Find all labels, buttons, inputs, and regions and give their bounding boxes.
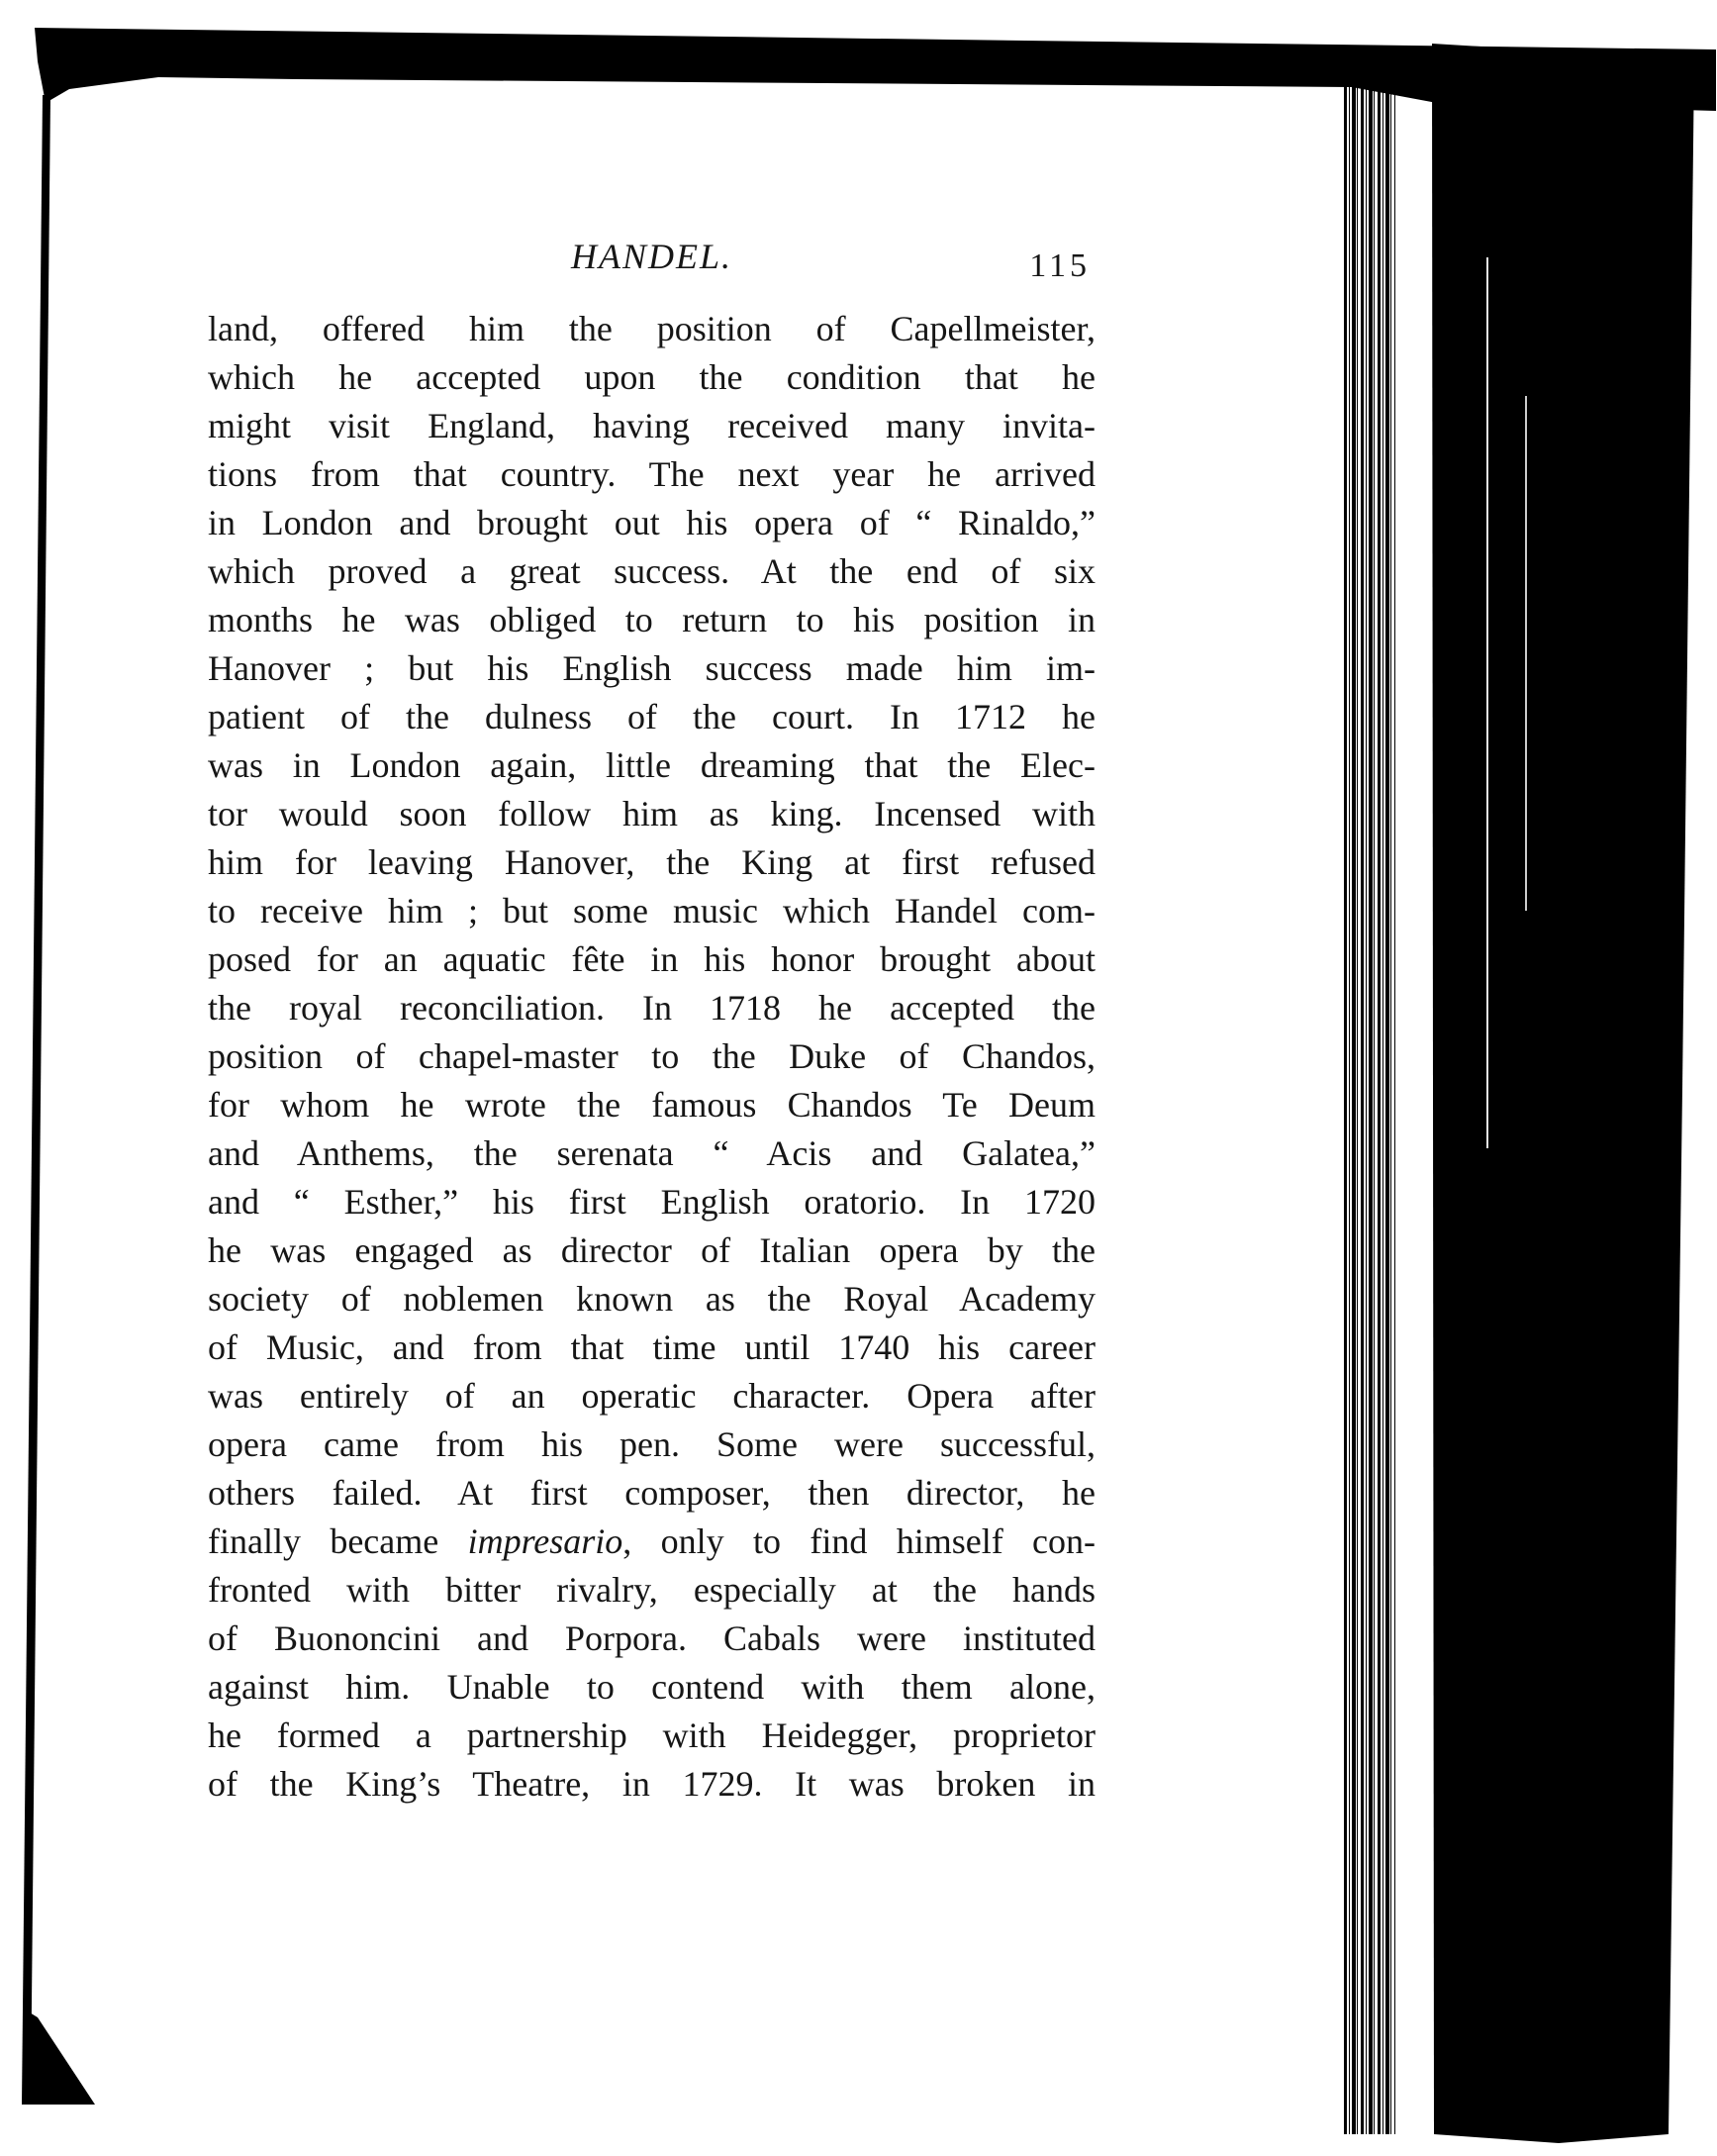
- text-segment: against him. Unable to contend with them…: [208, 1667, 1096, 1707]
- page-number: 115: [1000, 247, 1091, 285]
- text-segment: others failed. At first composer, then d…: [208, 1473, 1096, 1513]
- text-segment: patient of the dulness of the court. In …: [208, 697, 1096, 736]
- text-segment: posed for an aquatic fête in his honor b…: [208, 939, 1096, 979]
- text-segment: might visit England, having received man…: [208, 406, 1096, 445]
- text-line: might visit England, having received man…: [208, 402, 1096, 450]
- text-segment: he formed a partnership with Heidegger, …: [208, 1715, 1096, 1755]
- text-line: of the King’s Theatre, in 1729. It was b…: [208, 1760, 1096, 1809]
- text-segment: of Buononcini and Porpora. Cabals were i…: [208, 1618, 1096, 1658]
- running-title: HANDEL.: [208, 236, 1096, 277]
- text-segment: to receive him ; but some music which Ha…: [208, 891, 1096, 931]
- text-line: he formed a partnership with Heidegger, …: [208, 1712, 1096, 1760]
- text-line: fronted with bitter rivalry, especially …: [208, 1566, 1096, 1615]
- text-line: him for leaving Hanover, the King at fir…: [208, 838, 1096, 887]
- text-segment: months he was obliged to return to his p…: [208, 600, 1096, 639]
- text-segment: Hanover ; but his English success made h…: [208, 648, 1096, 688]
- text-segment: in London and brought out his opera of “…: [208, 503, 1096, 542]
- text-line: which proved a great success. At the end…: [208, 547, 1096, 596]
- text-segment: position of chapel-master to the Duke of…: [208, 1036, 1096, 1076]
- text-line: of Music, and from that time until 1740 …: [208, 1323, 1096, 1372]
- text-line: Hanover ; but his English success made h…: [208, 644, 1096, 693]
- text-line: against him. Unable to contend with them…: [208, 1663, 1096, 1712]
- scan-block-hairline-2: [1525, 396, 1527, 911]
- text-segment: society of noblemen known as the Royal A…: [208, 1279, 1096, 1319]
- text-segment: and Anthems, the serenata “ Acis and Gal…: [208, 1133, 1096, 1173]
- text-line: was in London again, little dreaming tha…: [208, 741, 1096, 790]
- text-segment: tor would soon follow him as king. Incen…: [208, 794, 1096, 833]
- text-line: for whom he wrote the famous Chandos Te …: [208, 1081, 1096, 1129]
- text-segment: which he accepted upon the condition tha…: [208, 357, 1096, 397]
- text-line: and “ Esther,” his first English oratori…: [208, 1178, 1096, 1226]
- text-segment: of Music, and from that time until 1740 …: [208, 1327, 1096, 1367]
- text-segment: tions from that country. The next year h…: [208, 454, 1096, 494]
- text-segment: was in London again, little dreaming tha…: [208, 745, 1096, 785]
- text-line: he was engaged as director of Italian op…: [208, 1226, 1096, 1275]
- text-segment: opera came from his pen. Some were succe…: [208, 1424, 1096, 1464]
- scan-left-edge-line: [22, 95, 50, 2105]
- text-line: patient of the dulness of the court. In …: [208, 693, 1096, 741]
- book-page-scan: HANDEL. 115 land, offered him the positi…: [0, 0, 1717, 2156]
- text-line: in London and brought out his opera of “…: [208, 499, 1096, 547]
- text-line: position of chapel-master to the Duke of…: [208, 1032, 1096, 1081]
- text-line: society of noblemen known as the Royal A…: [208, 1275, 1096, 1323]
- text-segment: finally became: [208, 1521, 468, 1561]
- text-segment: of the King’s Theatre, in 1729. It was b…: [208, 1764, 1096, 1804]
- text-segment: , only to find himself con-: [622, 1521, 1096, 1561]
- text-segment: which proved a great success. At the end…: [208, 551, 1096, 591]
- text-line: posed for an aquatic fête in his honor b…: [208, 935, 1096, 984]
- text-line: to receive him ; but some music which Ha…: [208, 887, 1096, 935]
- text-segment: for whom he wrote the famous Chandos Te …: [208, 1085, 1096, 1125]
- text-segment: and “ Esther,” his first English oratori…: [208, 1182, 1096, 1222]
- text-line: finally became impresario, only to find …: [208, 1518, 1096, 1566]
- text-line: of Buononcini and Porpora. Cabals were i…: [208, 1615, 1096, 1663]
- text-line: others failed. At first composer, then d…: [208, 1469, 1096, 1518]
- text-line: months he was obliged to return to his p…: [208, 596, 1096, 644]
- text-line: the royal reconciliation. In 1718 he acc…: [208, 984, 1096, 1032]
- body-text: land, offered him the position of Capell…: [208, 305, 1096, 1809]
- text-segment: him for leaving Hanover, the King at fir…: [208, 842, 1096, 882]
- text-segment: was entirely of an operatic character. O…: [208, 1376, 1096, 1416]
- text-segment: land, offered him the position of Capell…: [208, 309, 1096, 348]
- scan-top-bar: [35, 28, 1716, 111]
- text-line: tions from that country. The next year h…: [208, 450, 1096, 499]
- text-line: which he accepted upon the condition tha…: [208, 353, 1096, 402]
- text-segment: the royal reconciliation. In 1718 he acc…: [208, 988, 1096, 1028]
- italic-text-segment: impresario: [468, 1521, 623, 1561]
- scan-gutter-black-block: [1432, 44, 1694, 2143]
- text-line: and Anthems, the serenata “ Acis and Gal…: [208, 1129, 1096, 1178]
- scan-block-hairline-1: [1486, 257, 1488, 1148]
- scan-left-corner-wedge: [24, 2009, 95, 2105]
- text-line: tor would soon follow him as king. Incen…: [208, 790, 1096, 838]
- text-line: was entirely of an operatic character. O…: [208, 1372, 1096, 1421]
- text-line: opera came from his pen. Some were succe…: [208, 1421, 1096, 1469]
- text-segment: he was engaged as director of Italian op…: [208, 1230, 1096, 1270]
- text-line: land, offered him the position of Capell…: [208, 305, 1096, 353]
- text-segment: fronted with bitter rivalry, especially …: [208, 1570, 1096, 1610]
- scan-page-edges-striations: [1344, 55, 1395, 2134]
